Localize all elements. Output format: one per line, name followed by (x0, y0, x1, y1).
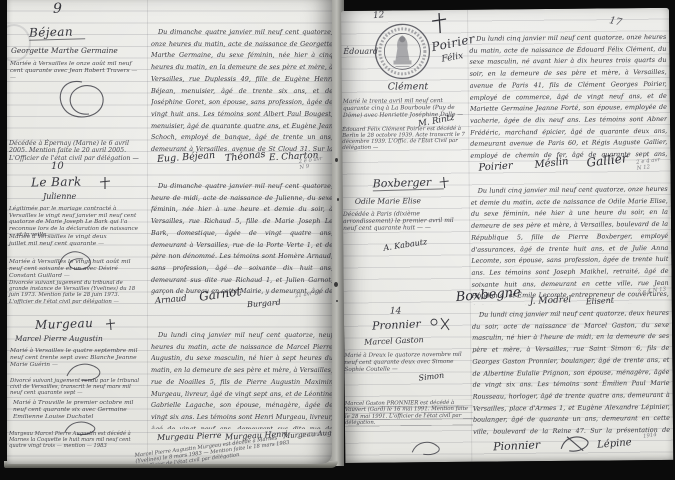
signature: Élisent (586, 296, 615, 307)
blind-stamp (7, 24, 31, 62)
margin-note-death: Murgeau Marcel Pierre Augustin est décéd… (9, 432, 139, 450)
signature: Méslin (534, 156, 569, 171)
entry-surname: Le Bark (31, 175, 82, 190)
margin-rule (147, 0, 148, 464)
cross-mark-icon (99, 176, 111, 190)
register-scan: 9 Béjean Georgette Marthe Germaine Marié… (0, 0, 675, 480)
entry-surname: Murgeau (35, 316, 94, 332)
entry-given-names: Odile Marie Elise (355, 196, 421, 206)
act-body: Du lundi cinq janvier mil neuf cent quat… (472, 308, 670, 436)
page-number: 9 (53, 1, 62, 17)
signature: Poirier (478, 160, 513, 173)
margin-note-death: Marcel Gaston PRONNIER est décédé à Vauv… (345, 400, 473, 427)
entry-given-names: Georgette Marthe Germaine (11, 46, 143, 55)
margin-note-death: Décédée à Paris (dixième arrondissement)… (343, 211, 467, 233)
margin-note-divorce: Divorcée suivant jugement du tribunal de… (9, 280, 141, 305)
margin-note-death: Édouard Félix Clément Poirier est décédé… (342, 126, 466, 152)
entry-surname: Pronnier (372, 317, 421, 332)
act-number: 14 (390, 306, 402, 316)
cross-mark-icon (439, 176, 450, 189)
margin-note-marriage-2: Mariée à Versailles le vingt huit août m… (9, 259, 141, 280)
entry-given-name: Clément (388, 81, 429, 92)
margin-note-marriage-1: Mariée à Versailles le vingt deux juille… (9, 234, 117, 248)
signature: Arnaud (155, 294, 187, 307)
pencil-annotation: 2 e 4 avr N 12 (636, 156, 667, 172)
signature: Murgeau Pierre (157, 431, 222, 442)
margin-signature: Simon (418, 371, 444, 383)
entry-surname: Boxberger (372, 175, 443, 191)
official-stamp-icon (373, 22, 432, 81)
margin-signature: A. Kabautz (383, 237, 428, 252)
cross-mark-icon (431, 12, 447, 34)
act-body: Du dimanche quatre janvier mil neuf cent… (151, 27, 332, 151)
right-page: 12 17 Poirier Félix Édouard Clément Mari… (341, 8, 673, 463)
entry-given-names: Marcel Gaston (364, 335, 424, 347)
act-number: 10 (51, 161, 64, 172)
entry-given-names: Julienne (43, 192, 76, 201)
act-body: Du lundi cinq janvier mil neuf cent quat… (151, 330, 332, 429)
entry-given-name: Édouard (343, 47, 378, 56)
act-number-top: 12 (373, 10, 385, 21)
pencil-annotation: 2 e o avr N 9 (298, 155, 329, 171)
signature: Lépine (597, 437, 632, 451)
cross-mark-icon (105, 318, 116, 331)
folio-number: 17 (608, 15, 623, 28)
signature: J. Modrel (530, 295, 572, 307)
signature: Pionnier (493, 438, 541, 453)
entry-given-names: Marcel Pierre Augustin (15, 334, 139, 343)
signature-flourish-icon (557, 433, 591, 455)
signature: Burgard (247, 298, 281, 309)
act-body: Du lundi cinq janvier mil neuf cent quat… (469, 32, 667, 161)
signature-flourish-icon (49, 76, 115, 124)
margin-note-marriage: Marié à Dreux le quatorze novembre mil n… (344, 352, 470, 374)
signature: Théonas (225, 149, 266, 164)
signature: Eug. Béjean (157, 150, 216, 165)
entry-given-name: Félix (441, 51, 464, 64)
entry-surname: Béjean (29, 24, 85, 40)
signature-flourish-icon (409, 438, 445, 458)
left-page: 9 Béjean Georgette Marthe Germaine Marié… (7, 0, 332, 464)
act-body: Du dimanche quatre janvier mil neuf cent… (151, 181, 332, 298)
margin-note-death: Décédée à Épernay (Marne) le 6 avril 200… (9, 140, 140, 162)
cross-mark-icon (430, 316, 450, 332)
margin-note-divorce: Divorcé suivant jugement rendu par le tr… (10, 378, 140, 397)
